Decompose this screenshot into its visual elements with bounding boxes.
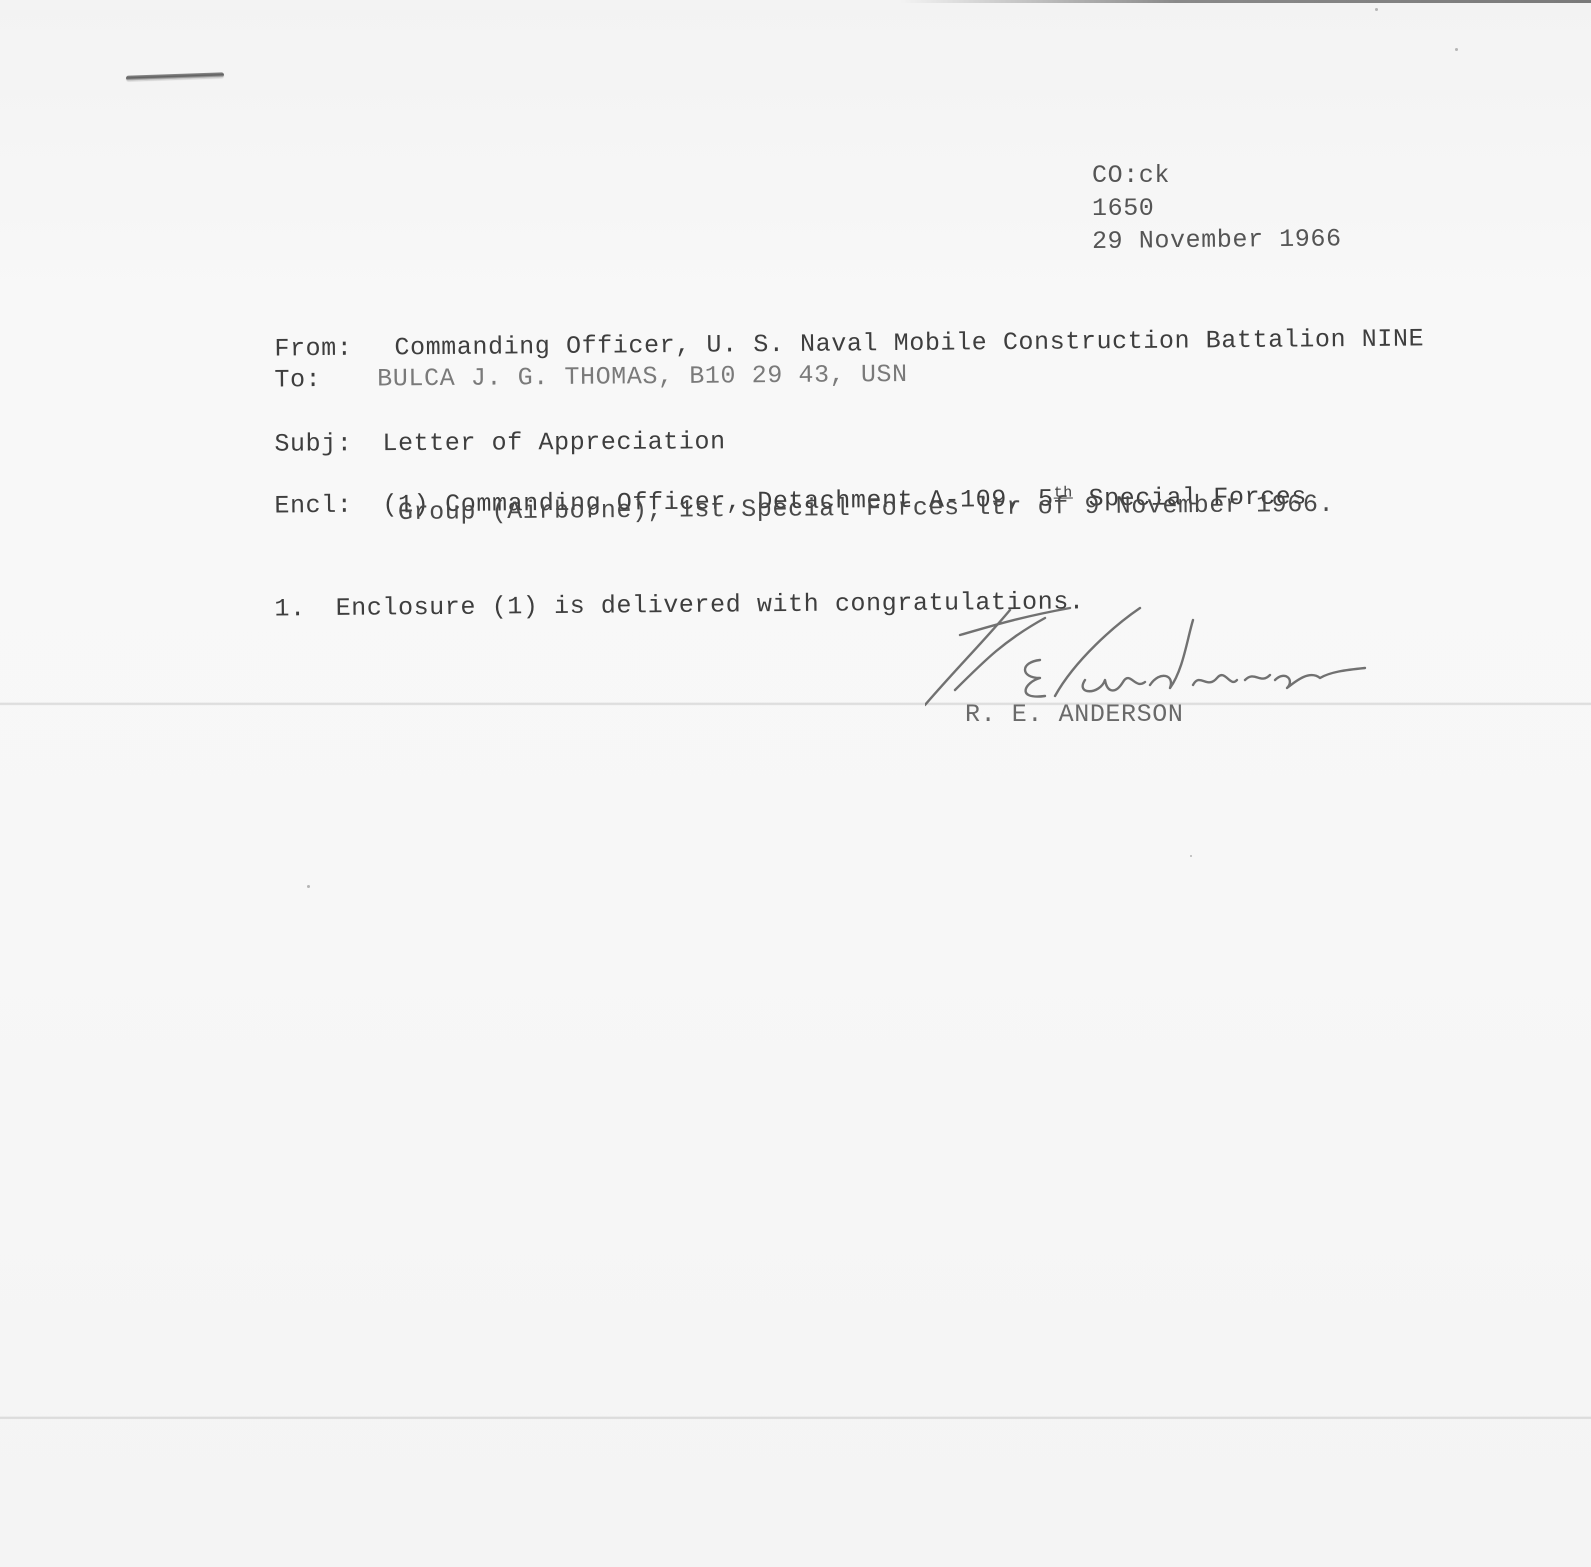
paper-speck	[1375, 8, 1378, 11]
paragraph-number: 1.	[274, 594, 305, 623]
enclosure-line2: Group (Airborne), 1st Special Forces ltr…	[398, 492, 1334, 525]
paper-speck	[1455, 48, 1458, 51]
subject-value: Letter of Appreciation	[382, 427, 725, 458]
subject-label: Subj:	[274, 429, 352, 458]
to-value: BULCA J. G. THOMAS, B10 29 43, USN	[377, 360, 908, 394]
paper-speck	[1190, 855, 1192, 857]
signer-name: R. E. ANDERSON	[965, 700, 1183, 729]
enclosure-label: Encl:	[274, 491, 352, 521]
fold-crease-lower	[0, 1416, 1591, 1420]
reference-serial: 1650	[1092, 196, 1154, 221]
paper-speck	[307, 885, 310, 888]
letter-date: 29 November 1966	[1092, 226, 1342, 254]
to-label: To:	[274, 365, 321, 394]
paper-top-edge	[900, 0, 1591, 3]
letter-page: CO:ck 1650 29 November 1966 From:Command…	[0, 0, 1591, 1567]
staple-icon	[126, 72, 224, 80]
reference-code: CO:ck	[1092, 163, 1170, 188]
